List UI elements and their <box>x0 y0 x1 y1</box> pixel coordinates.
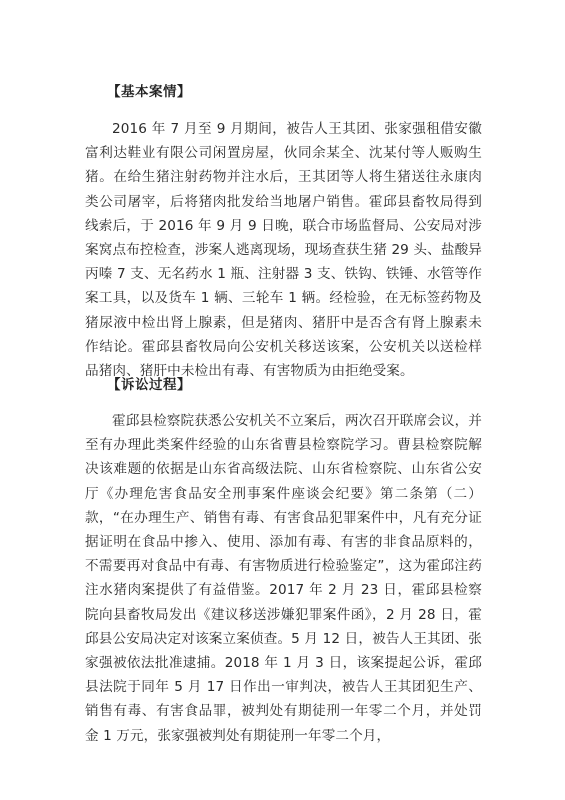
paragraph-basic-facts: 2016 年 7 月至 9 月期间，被告人王其团、张家强租借安徽富利达鞋业有限公… <box>85 117 482 383</box>
document-page: 【基本案情】 2016 年 7 月至 9 月期间，被告人王其团、张家强租借安徽富… <box>0 0 565 800</box>
section-heading-basic-facts: 【基本案情】 <box>107 80 191 100</box>
section-heading-litigation: 【诉讼过程】 <box>107 373 191 393</box>
paragraph-litigation: 霍邱县检察院获悉公安机关不立案后，两次召开联席会议，并至有办理此类案件经验的山东… <box>85 409 482 748</box>
